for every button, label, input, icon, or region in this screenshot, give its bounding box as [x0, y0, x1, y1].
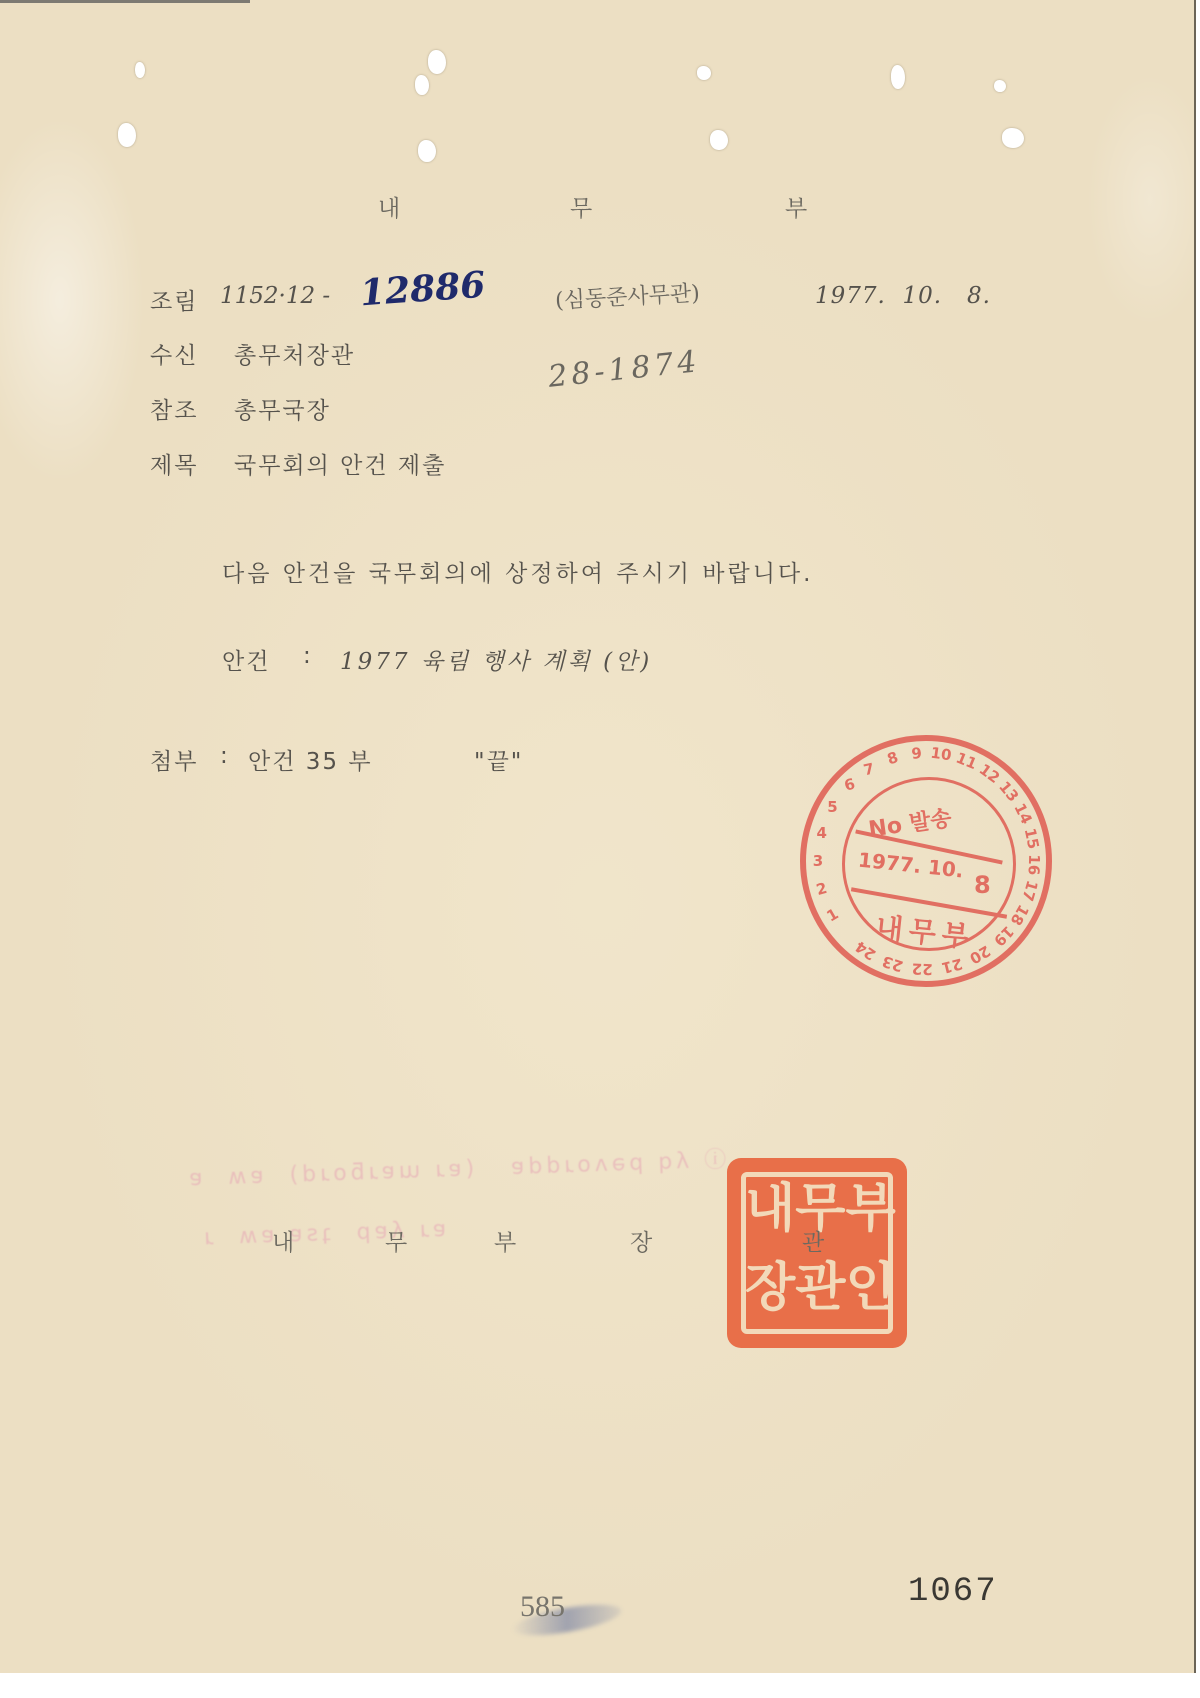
- seal-char: 장: [745, 1253, 795, 1332]
- postmark-ring-number: 5: [827, 798, 837, 816]
- postmark-ring-number: 11: [953, 749, 979, 774]
- postmark-ring-number: 13: [995, 778, 1022, 806]
- postmark-ring-number: 3: [813, 852, 823, 870]
- document-page: 내 무 부 조림 1152·12 - 12886 (심동준사무관) 1977. …: [0, 0, 1196, 1673]
- postmark-ring-number: 18: [1007, 901, 1033, 928]
- header-char: 부: [785, 190, 809, 223]
- postmark-ring-number: 22: [911, 960, 932, 979]
- punch-hole: [994, 80, 1006, 92]
- signature-char: 내: [272, 1224, 296, 1257]
- punch-hole: [891, 65, 905, 89]
- postmark-ring-number: 16: [1025, 854, 1044, 875]
- scan-edge: [0, 0, 250, 3]
- postmark-day: 8: [974, 871, 991, 899]
- punch-hole: [415, 75, 429, 95]
- agenda-label: 안건: [222, 643, 270, 676]
- end-mark: "끝": [474, 743, 523, 776]
- postmark-ring-number: 19: [990, 922, 1017, 950]
- field-label-recipient: 수신: [150, 337, 198, 370]
- archive-number: 1067: [908, 1573, 998, 1611]
- bleed-through-text: ɐɹ ʎɐp ʇsɐ ɐʍ ɹ: [200, 1210, 634, 1250]
- signature-char: 부: [494, 1224, 518, 1257]
- field-value-reference: 총무국장: [234, 392, 331, 425]
- postmark-ring-number: 7: [862, 760, 876, 780]
- postmark-ring-number: 2: [814, 879, 829, 899]
- punch-hole: [418, 140, 436, 162]
- field-value-recipient: 총무처장관: [234, 337, 355, 370]
- postmark-ring-number: 4: [816, 824, 826, 842]
- punch-hole: [135, 62, 145, 78]
- pencil-note: 28-1874: [547, 344, 702, 395]
- postmark-ring-number: 8: [885, 748, 900, 768]
- field-label-reference: 참조: [150, 392, 198, 425]
- signature-char: 무: [385, 1224, 409, 1257]
- signature-char: 장: [630, 1224, 654, 1257]
- seal-char: 인: [845, 1253, 895, 1332]
- postmark-ring-number: 12: [976, 760, 1003, 787]
- field-value-subject: 국무회의 안건 제출: [234, 447, 446, 480]
- postmark-ring-number: 17: [1018, 878, 1041, 903]
- attachment-separator: :: [220, 743, 230, 769]
- punch-hole: [428, 50, 446, 74]
- postmark-ring-number: 6: [842, 775, 857, 795]
- agenda-value: 1977 육림 행사 계획 (안): [340, 643, 652, 676]
- document-date: 1977. 10. 8.: [815, 283, 991, 309]
- postmark-ring-number: 15: [1021, 826, 1043, 850]
- signature-char: 관: [802, 1224, 826, 1257]
- page-number: 585: [520, 1590, 565, 1624]
- seal-char: 관: [795, 1253, 845, 1332]
- body-text: 다음 안건을 국무회의에 상정하여 주시기 바랍니다.: [222, 555, 813, 588]
- postmark-ring-number: 14: [1010, 800, 1035, 827]
- field-label-subject: 제목: [150, 447, 198, 480]
- reference-label: 조림: [150, 283, 198, 316]
- punch-hole: [710, 130, 728, 150]
- postmark-ring-number: 9: [911, 744, 923, 763]
- agenda-separator: :: [303, 643, 313, 669]
- attachment-value: 안건 35 부: [248, 743, 373, 776]
- attachment-label: 첨부: [150, 743, 198, 776]
- punch-hole: [118, 123, 136, 147]
- seal-char: 부: [845, 1174, 895, 1253]
- reference-code: 1152·12 -: [220, 283, 330, 309]
- seal-char: 내: [745, 1174, 795, 1253]
- header-char: 내: [378, 190, 402, 223]
- bleed-through-text: ⓘ ʎq pǝʌoɹddɐ (ɐɹ ɯɐɹƃoɹd) ɐʍ ɐ: [185, 1143, 727, 1193]
- handwritten-note: (심동준사무관): [554, 276, 700, 315]
- postmark-ring-number: 21: [940, 955, 965, 978]
- header-char: 무: [570, 190, 594, 223]
- postmark-ring-number: 23: [880, 952, 905, 976]
- handwritten-number: 12886: [359, 264, 487, 315]
- postmark-ring-number: 10: [929, 744, 952, 765]
- postmark-ring-number: 1: [823, 905, 841, 926]
- punch-hole: [697, 66, 711, 80]
- dispatch-postmark: 1 2 3 4 5 6 7 8 9 10 11 12 13 14 15 16 1…: [800, 735, 1052, 987]
- punch-hole: [1002, 128, 1024, 148]
